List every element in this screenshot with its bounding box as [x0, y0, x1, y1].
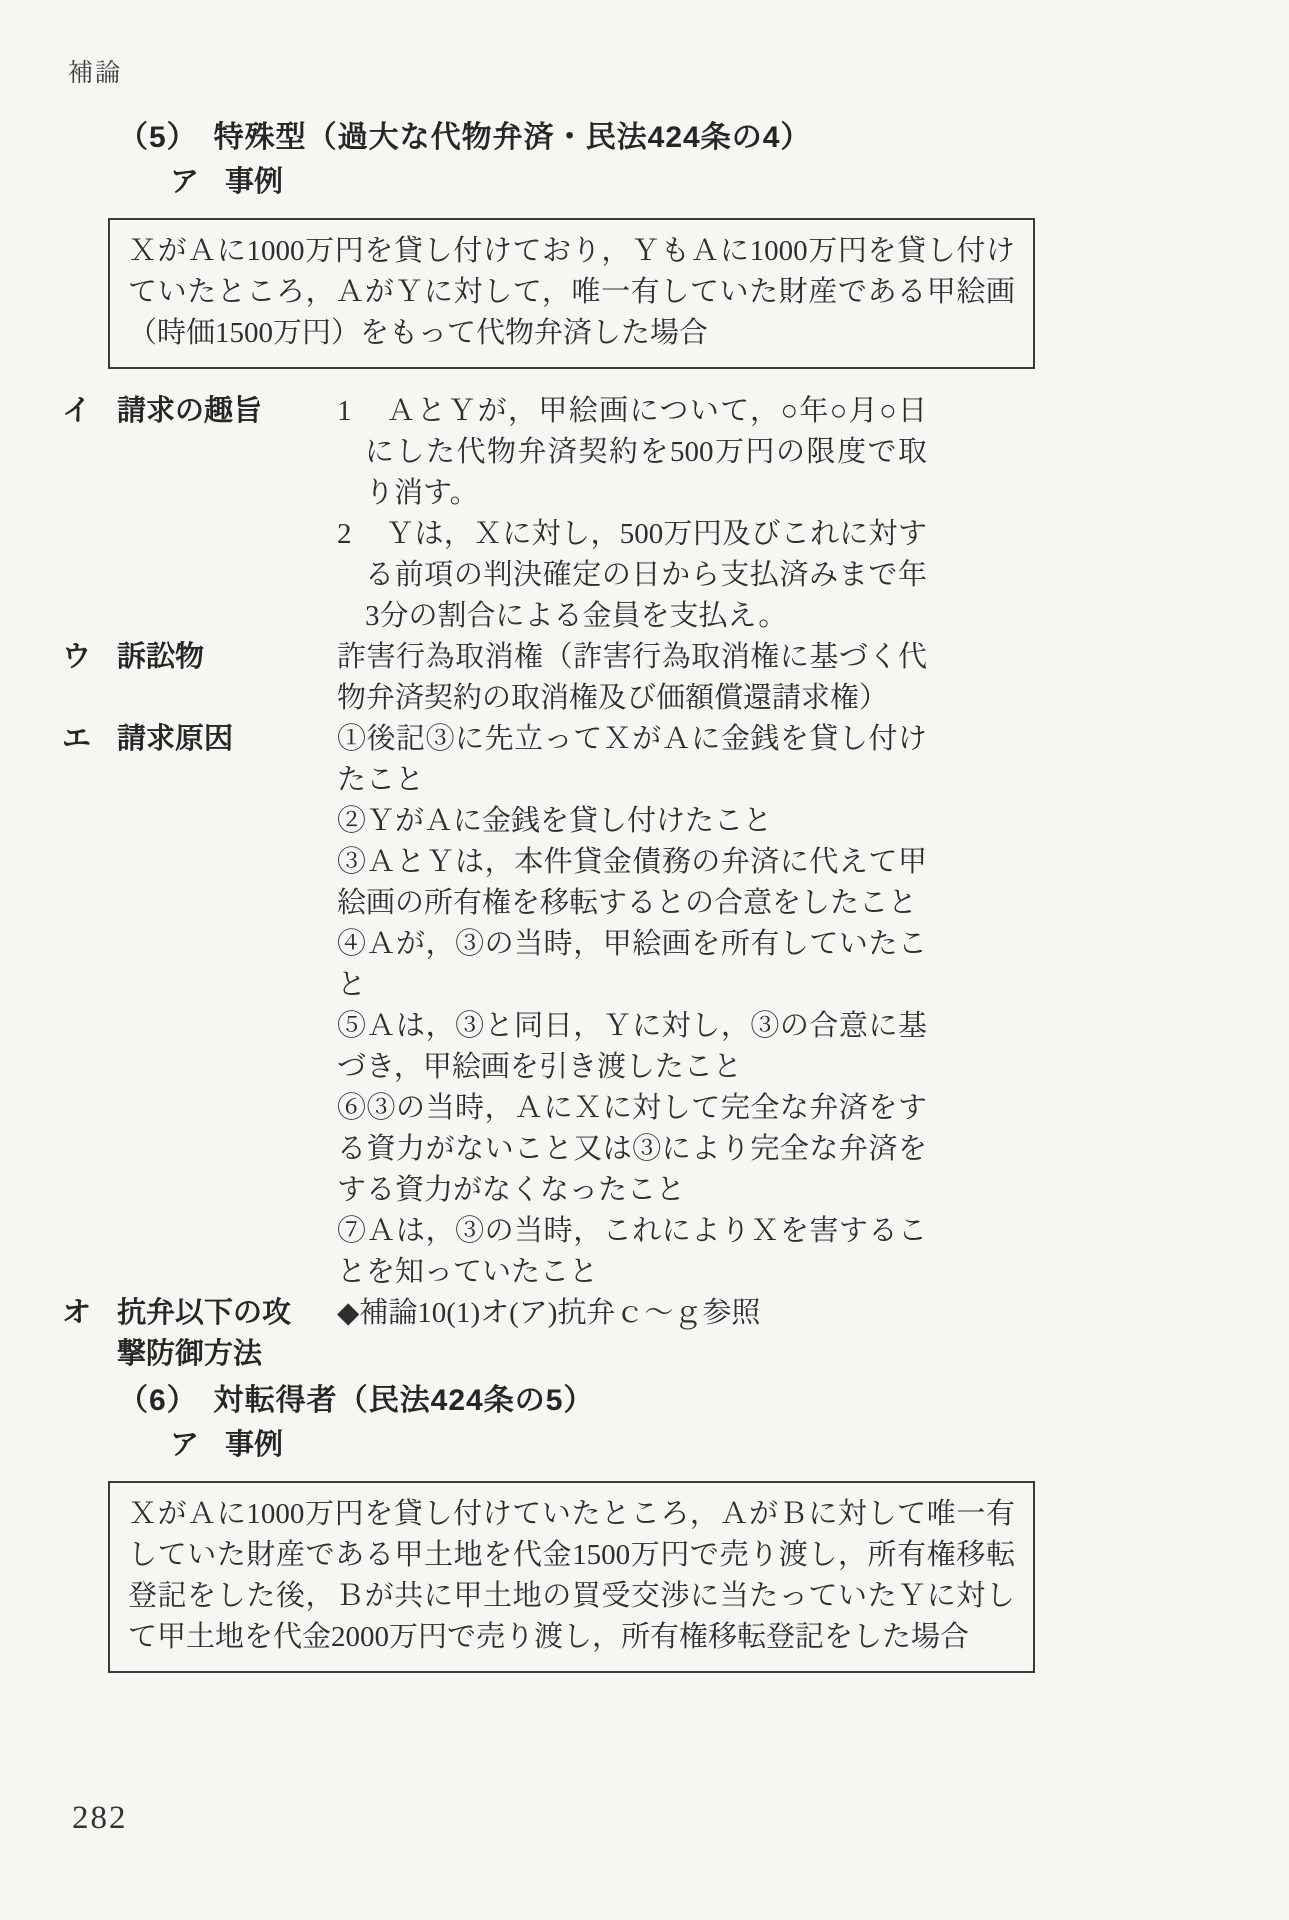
claim-item-text: Ｙは，Ｘに対し，500万円及びこれに対する前項の判決確定の日から支払済みまで年3…	[365, 518, 927, 632]
case-kana: ア	[170, 162, 225, 202]
case-text: ＸがＡに1000万円を貸し付けており，ＹもＡに1000万円を貸し付けていたところ…	[128, 235, 1015, 349]
cause-item-2: ②ＹがＡに金銭を貸し付けたこと	[337, 801, 927, 842]
section-5-rows: イ 請求の趣旨 1ＡとＹが，甲絵画について，○年○月○日にした代物弁済契約を50…	[0, 391, 1289, 1375]
scanned-book-page: 補論 （5） 特殊型（過大な代物弁済・民法424条の4） ア 事例 ＸがＡに10…	[0, 0, 1289, 1920]
row-label: 抗弁以下の攻撃防御方法	[117, 1293, 337, 1375]
cause-item-5: ⑤Ａは，③と同日，Ｙに対し，③の合意に基づき，甲絵画を引き渡したこと	[337, 1006, 927, 1088]
section-5-heading: （5） 特殊型（過大な代物弁済・民法424条の4）	[118, 118, 1289, 158]
cause-item-3: ③ＡとＹは，本件貸金債務の弁済に代えて甲絵画の所有権を移転するとの合意をしたこと	[337, 842, 927, 924]
row-defense: オ 抗弁以下の攻撃防御方法 ◆補論10(1)オ(ア)抗弁ｃ～ｇ参照	[0, 1293, 1289, 1375]
case-kana: ア	[170, 1425, 225, 1465]
claim-item-text: ＡとＹが，甲絵画について，○年○月○日にした代物弁済契約を500万円の限度で取り…	[365, 395, 927, 509]
cause-item-7: ⑦Ａは，③の当時，これによりＸを害することを知っていたこと	[337, 1211, 927, 1293]
claim-item-number: 2	[337, 514, 385, 555]
subject-text: 詐害行為取消権（詐害行為取消権に基づく代物弁済契約の取消権及び価額償還請求権）	[337, 637, 927, 719]
section-6-heading: （6） 対転得者（民法424条の5）	[118, 1381, 1289, 1421]
section-6-case-heading: ア 事例	[170, 1425, 1289, 1465]
case-label: 事例	[225, 1425, 283, 1465]
defense-reference: ◆補論10(1)オ(ア)抗弁ｃ～ｇ参照	[337, 1293, 927, 1334]
row-label: 請求原因	[117, 719, 337, 760]
row-cause: エ 請求原因 ①後記③に先立ってＸがＡに金銭を貸し付けたこと ②ＹがＡに金銭を貸…	[0, 719, 1289, 1293]
section-5-case-heading: ア 事例	[170, 162, 1289, 202]
row-label-text: 抗弁以下の攻撃防御方法	[117, 1293, 303, 1375]
cause-items: ①後記③に先立ってＸがＡに金銭を貸し付けたこと ②ＹがＡに金銭を貸し付けたこと …	[337, 719, 927, 1293]
claim-items: 1ＡとＹが，甲絵画について，○年○月○日にした代物弁済契約を500万円の限度で取…	[337, 391, 927, 637]
running-header: 補論	[68, 56, 122, 90]
row-label: 訴訟物	[117, 637, 337, 678]
claim-item-2: 2Ｙは，Ｘに対し，500万円及びこれに対する前項の判決確定の日から支払済みまで年…	[337, 514, 927, 637]
case-label: 事例	[225, 162, 283, 202]
row-kana: エ	[62, 719, 117, 760]
row-subject: ウ 訴訟物 詐害行為取消権（詐害行為取消権に基づく代物弁済契約の取消権及び価額償…	[0, 637, 1289, 719]
row-kana: ウ	[62, 637, 117, 678]
page-content: （5） 特殊型（過大な代物弁済・民法424条の4） ア 事例 ＸがＡに1000万…	[0, 0, 1289, 1673]
row-kana: イ	[62, 391, 117, 432]
cause-item-1: ①後記③に先立ってＸがＡに金銭を貸し付けたこと	[337, 719, 927, 801]
claim-item-number: 1	[337, 391, 385, 432]
section-5-case-box: ＸがＡに1000万円を貸し付けており，ＹもＡに1000万円を貸し付けていたところ…	[108, 218, 1035, 369]
row-kana: オ	[62, 1293, 117, 1334]
claim-item-1: 1ＡとＹが，甲絵画について，○年○月○日にした代物弁済契約を500万円の限度で取…	[337, 391, 927, 514]
row-label: 請求の趣旨	[117, 391, 337, 432]
section-6-case-box: ＸがＡに1000万円を貸し付けていたところ，ＡがＢに対して唯一有していた財産であ…	[108, 1481, 1035, 1673]
case-text: ＸがＡに1000万円を貸し付けていたところ，ＡがＢに対して唯一有していた財産であ…	[128, 1498, 1015, 1653]
cause-item-4: ④Ａが，③の当時，甲絵画を所有していたこと	[337, 924, 927, 1006]
row-claim: イ 請求の趣旨 1ＡとＹが，甲絵画について，○年○月○日にした代物弁済契約を50…	[0, 391, 1289, 637]
cause-item-6: ⑥③の当時，ＡにＸに対して完全な弁済をする資力がないこと又は③により完全な弁済を…	[337, 1088, 927, 1211]
page-number: 282	[72, 1798, 128, 1839]
